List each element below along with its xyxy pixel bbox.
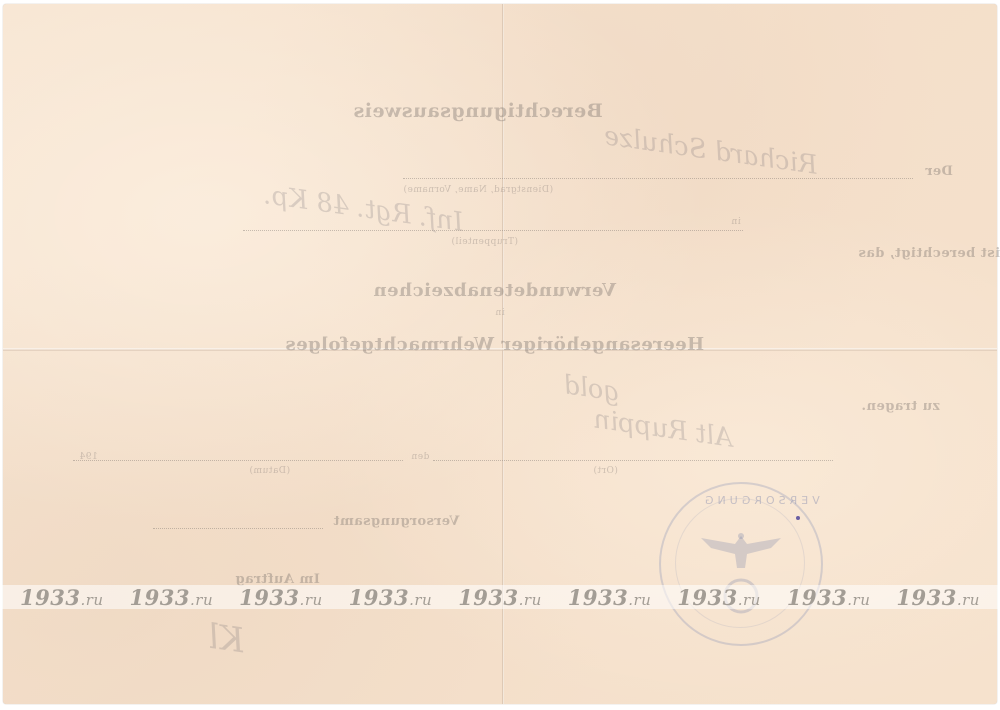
watermark-item: 1933.ru — [130, 585, 214, 610]
handwritten-mark: gold — [561, 370, 622, 408]
watermark-item: 1933.ru — [568, 585, 652, 610]
watermark-item: 1933.ru — [787, 585, 871, 610]
label-ist-berechtigt: ist berechtigt, das — [858, 246, 1000, 261]
label-year: 194 — [79, 452, 98, 462]
watermark-item: 1933.ru — [20, 585, 104, 610]
office-dotted-line — [153, 528, 323, 529]
caption-ort: (Ort) — [593, 466, 618, 476]
watermark-item: 1933.ru — [677, 585, 761, 610]
label-den: den — [411, 452, 429, 462]
label-office: Versorgungsamt — [333, 514, 459, 529]
heading-abzeichen: Verwundetenabzeichen — [373, 280, 616, 301]
watermark-item: 1933.ru — [239, 585, 323, 610]
caption-truppenteil: (Truppenteil) — [451, 237, 518, 247]
watermark-item: 1933.ru — [896, 585, 980, 610]
official-stamp: VERSORGUNG — [659, 482, 823, 646]
watermark-item: 1933.ru — [349, 585, 433, 610]
unit-dotted-line — [243, 230, 743, 231]
eagle-icon — [691, 524, 791, 574]
label-der: Der — [925, 164, 953, 179]
date-dotted-line-1 — [73, 460, 403, 461]
stamp-ring-text: VERSORGUNG — [701, 494, 820, 507]
handwritten-place: Alt Ruppin — [592, 404, 735, 453]
name-dotted-line — [403, 178, 913, 179]
watermark-band: 1933.ru 1933.ru 1933.ru 1933.ru 1933.ru … — [0, 585, 1000, 609]
label-in: in — [731, 217, 741, 227]
caption-datum: (Datum) — [249, 466, 290, 476]
handwritten-signature: Kl — [205, 617, 246, 662]
heading-in: in — [495, 308, 505, 318]
label-zu-tragen: zu tragen. — [861, 399, 940, 414]
ink-spot — [796, 516, 800, 520]
watermark-item: 1933.ru — [458, 585, 542, 610]
caption-name: (Dienstgrad, Name, Vorname) — [403, 185, 553, 195]
document-title: Berechtigungsausweis — [353, 100, 603, 122]
date-dotted-line-2 — [433, 460, 833, 461]
heading-category: Heeresangehöriger Wehrmachtgefolges — [285, 334, 704, 355]
handwritten-name: Richard Schulze — [602, 121, 819, 181]
